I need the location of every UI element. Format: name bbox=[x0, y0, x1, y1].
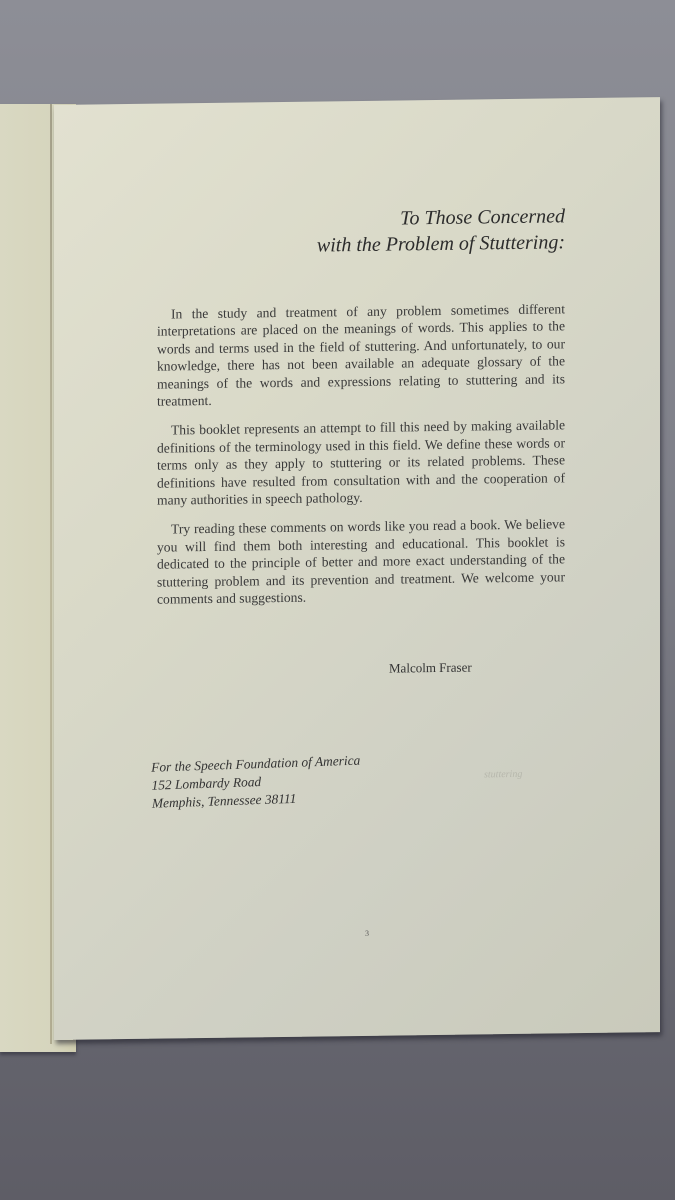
heading-line-1: To Those Concerned bbox=[317, 203, 565, 232]
paragraph-3: Try reading these comments on words like… bbox=[157, 516, 565, 608]
bleed-through-text: stuttering bbox=[484, 769, 522, 781]
page-heading: To Those Concerned with the Problem of S… bbox=[317, 203, 565, 258]
book-spine bbox=[50, 104, 52, 1044]
address-block: For the Speech Foundation of America 152… bbox=[151, 752, 361, 813]
paragraph-1: In the study and treatment of any proble… bbox=[157, 300, 565, 410]
body-text: In the study and treatment of any proble… bbox=[157, 300, 565, 620]
booklet-page: To Those Concerned with the Problem of S… bbox=[54, 97, 660, 1040]
page-number: 3 bbox=[365, 929, 369, 938]
paragraph-2: This booklet represents an attempt to fi… bbox=[157, 417, 565, 509]
signature: Malcolm Fraser bbox=[389, 660, 472, 677]
heading-line-2: with the Problem of Stuttering: bbox=[317, 229, 565, 258]
